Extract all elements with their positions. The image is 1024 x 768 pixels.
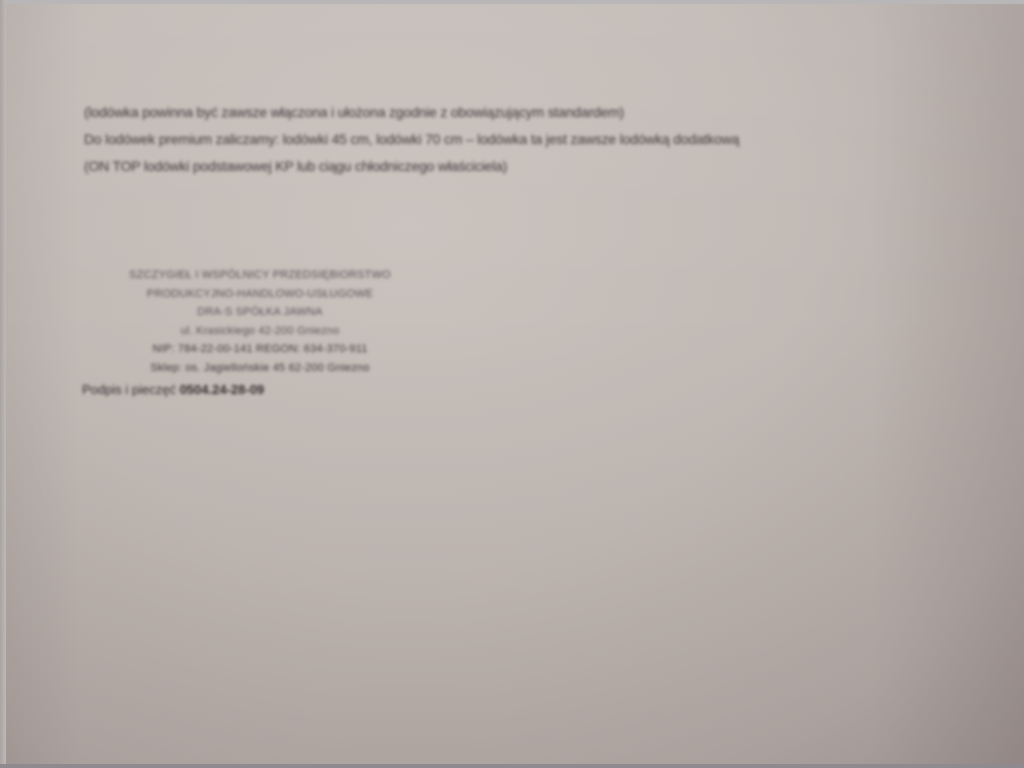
paper-edge-top: [0, 0, 1024, 4]
stamp-line: ul. Krasickiego 42-200 Gniezno: [80, 322, 440, 341]
paper-edge-bottom: [0, 764, 1024, 768]
notes-block: (lodówka powinna być zawsze włączona i u…: [84, 104, 1024, 185]
stamp-line: NIP: 784-22-00-141 REGON: 634-370-911: [80, 340, 440, 359]
signature-label: Podpis i pieczęć: [82, 382, 176, 397]
note-line: (lodówka powinna być zawsze włączona i u…: [84, 104, 1024, 120]
note-line: Do lodówek premium zaliczamy: lodówki 45…: [84, 131, 1024, 147]
stamp-line: DRA-S SPÓŁKA JAWNA: [80, 303, 440, 322]
paper-edge-left: [0, 0, 6, 768]
signature-value: 0504.24-28-09: [180, 382, 265, 397]
note-line: (ON TOP lodówki podstawowej KP lub ciągu…: [84, 158, 1024, 174]
company-stamp: SZCZYGIEŁ I WSPÓLNICY PRZEDSIĘBIORSTWO P…: [80, 266, 440, 377]
signature-line: Podpis i pieczęć 0504.24-28-09: [82, 382, 264, 397]
stamp-line: SZCZYGIEŁ I WSPÓLNICY PRZEDSIĘBIORSTWO: [80, 266, 440, 285]
stamp-line: Sklep: os. Jagiellońskie 45 62-200 Gniez…: [80, 359, 440, 378]
stamp-line: PRODUKCYJNO-HANDLOWO-USŁUGOWE: [80, 285, 440, 304]
